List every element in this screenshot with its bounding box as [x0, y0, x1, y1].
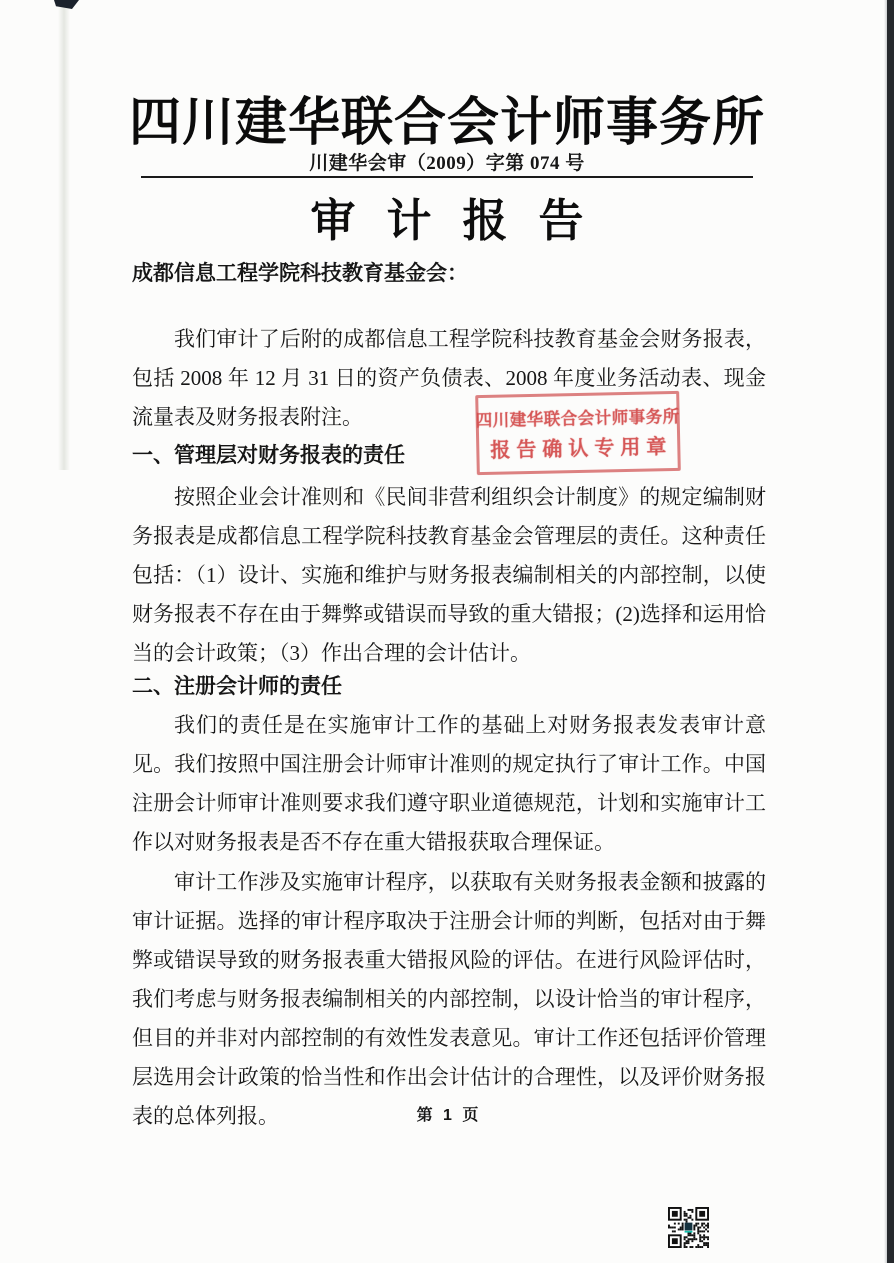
- firm-name-title: 四川建华联合会计师事务所: [0, 80, 894, 155]
- report-number: 川建华会审（2009）字第 074 号: [141, 148, 753, 178]
- page-number: 第 1 页: [132, 1096, 766, 1135]
- scanned-page: 四川建华联合会计师事务所 川建华会审（2009）字第 074 号 审 计 报 告…: [0, 0, 894, 1263]
- section-1-paragraph: 按照企业会计准则和《民间非营利组织会计制度》的规定编制财务报表是成都信息工程学院…: [132, 478, 766, 673]
- intro-paragraph: 我们审计了后附的成都信息工程学院科技教育基金会财务报表，包括 2008 年 12…: [132, 320, 766, 437]
- section-2-paragraph-1: 我们的责任是在实施审计工作的基础上对财务报表发表审计意见。我们按照中国注册会计师…: [132, 706, 766, 862]
- recipient-line: 成都信息工程学院科技教育基金会：: [132, 254, 766, 293]
- report-title: 审 计 报 告: [0, 184, 894, 249]
- section-1-heading: 一、管理层对财务报表的责任: [132, 436, 766, 475]
- qr-code-icon: [668, 1207, 709, 1248]
- section-2-heading: 二、注册会计师的责任: [132, 667, 766, 706]
